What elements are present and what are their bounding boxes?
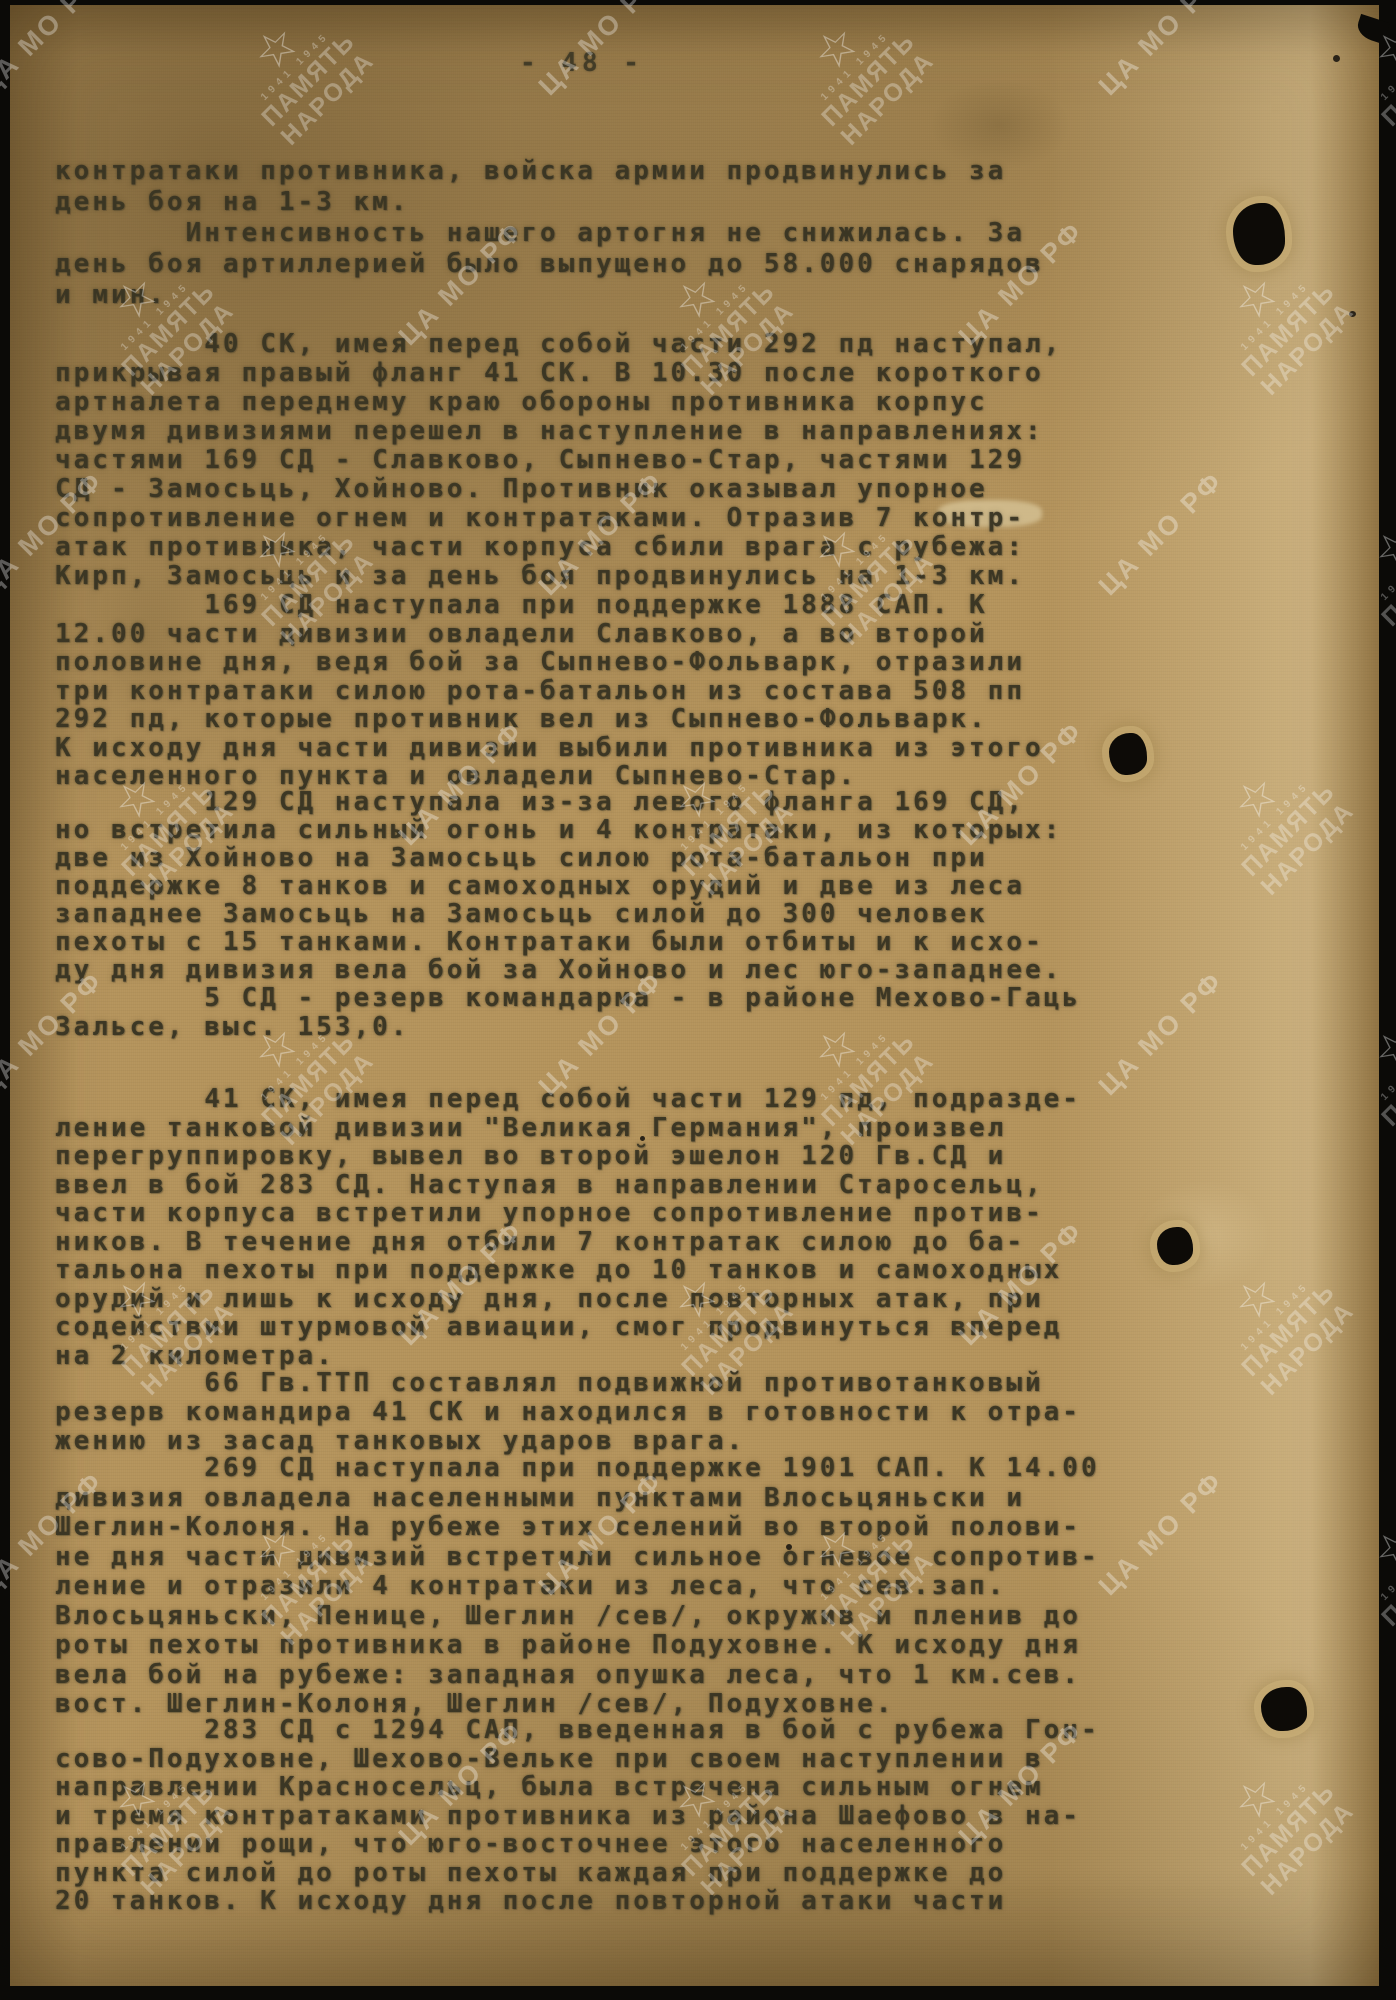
- paragraph: 283 СД с 1294 САП, введенная в бой с руб…: [55, 1716, 1325, 1916]
- scan-border-top: [0, 0, 1396, 5]
- paragraph: 41 СК, имея перед собой части 129 пд, по…: [55, 1085, 1325, 1370]
- scan-border-bottom: [0, 1986, 1396, 2000]
- paper-speck: [640, 1136, 645, 1141]
- scan-border-left: [0, 0, 10, 2000]
- paragraph: контратаки противника, войска армии прод…: [55, 156, 1325, 218]
- paragraph: 269 СД наступала при поддержке 1901 САП.…: [55, 1454, 1325, 1720]
- paragraph: 5 СД - резерв командарма - в районе Мехо…: [55, 984, 1325, 1042]
- scan-border-right: [1379, 0, 1396, 2000]
- paper-speck: [1349, 311, 1356, 317]
- paper-hole: [1233, 203, 1285, 265]
- scanned-document-page: - 48 - контратаки противника, войска арм…: [0, 0, 1396, 2000]
- paragraph: 40 СК, имея перед собой части 292 пд нас…: [55, 330, 1325, 591]
- paper-hole: [1261, 1687, 1307, 1731]
- paper-speck: [1333, 55, 1340, 62]
- paper-hole: [1109, 733, 1147, 775]
- paper-speck: [786, 1544, 792, 1550]
- paragraph: 129 СД наступала из-за левого фланга 169…: [55, 788, 1325, 984]
- page-number: - 48 -: [520, 48, 820, 78]
- paragraph: Интенсивность нашего артогня не снижилас…: [55, 218, 1325, 311]
- paragraph: 66 Гв.ТТП составлял подвижной противотан…: [55, 1369, 1325, 1456]
- paper-hole: [1157, 1227, 1193, 1265]
